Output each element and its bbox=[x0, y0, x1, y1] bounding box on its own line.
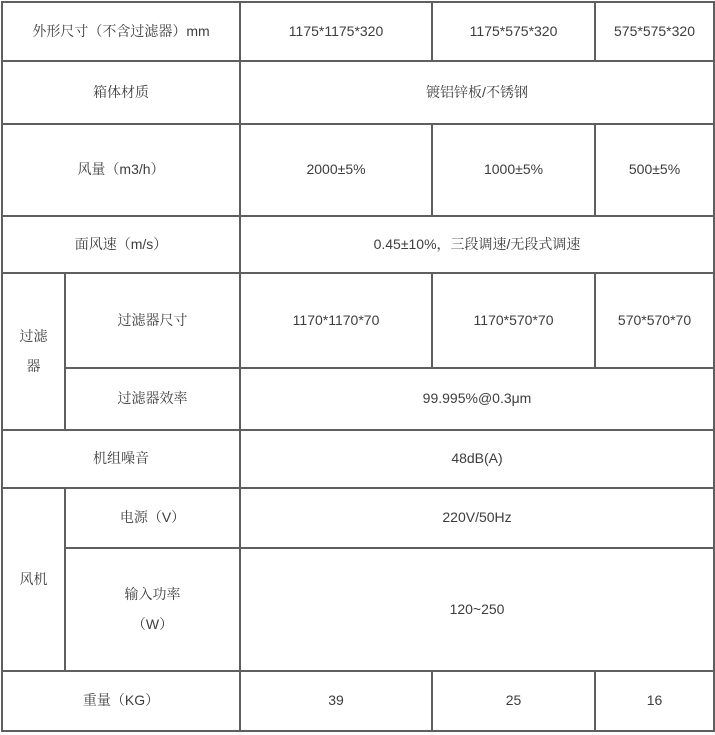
row-weight: 重量（KG） 39 25 16 bbox=[2, 671, 714, 731]
cabinet-material-label: 箱体材质 bbox=[2, 61, 240, 124]
unit-noise-label: 机组噪音 bbox=[2, 430, 240, 488]
outer-dimensions-value-large: 1175*1175*320 bbox=[240, 2, 432, 61]
page: 外形尺寸（不含过滤器）mm 1175*1175*320 1175*575*320… bbox=[0, 0, 715, 735]
power-supply-label: 电源（V） bbox=[65, 488, 240, 548]
row-filter-efficiency: 过滤器效率 99.995%@0.3μm bbox=[2, 368, 714, 430]
row-power-supply: 风机 电源（V） 220V/50Hz bbox=[2, 488, 714, 548]
filter-efficiency-value: 99.995%@0.3μm bbox=[240, 368, 714, 430]
row-air-volume: 风量（m3/h） 2000±5% 1000±5% 500±5% bbox=[2, 124, 714, 216]
weight-value-small: 16 bbox=[595, 671, 714, 731]
row-cabinet-material: 箱体材质 镀铝锌板/不锈钢 bbox=[2, 61, 714, 124]
outer-dimensions-label: 外形尺寸（不含过滤器）mm bbox=[2, 2, 240, 61]
fan-group-label: 风机 bbox=[2, 488, 65, 671]
face-velocity-label: 面风速（m/s） bbox=[2, 216, 240, 273]
input-power-label: 输入功率 （W） bbox=[65, 548, 240, 671]
row-face-velocity: 面风速（m/s） 0.45±10%，三段调速/无段式调速 bbox=[2, 216, 714, 273]
row-unit-noise: 机组噪音 48dB(A) bbox=[2, 430, 714, 488]
row-input-power: 输入功率 （W） 120~250 bbox=[2, 548, 714, 671]
filter-size-value-small: 570*570*70 bbox=[595, 273, 714, 368]
filter-size-value-medium: 1170*570*70 bbox=[432, 273, 595, 368]
air-volume-label: 风量（m3/h） bbox=[2, 124, 240, 216]
unit-noise-value: 48dB(A) bbox=[240, 430, 714, 488]
air-volume-value-small: 500±5% bbox=[595, 124, 714, 216]
filter-size-value-large: 1170*1170*70 bbox=[240, 273, 432, 368]
row-outer-dimensions: 外形尺寸（不含过滤器）mm 1175*1175*320 1175*575*320… bbox=[2, 2, 714, 61]
filter-size-label: 过滤器尺寸 bbox=[65, 273, 240, 368]
weight-value-large: 39 bbox=[240, 671, 432, 731]
input-power-value: 120~250 bbox=[240, 548, 714, 671]
weight-label: 重量（KG） bbox=[2, 671, 240, 731]
air-volume-value-large: 2000±5% bbox=[240, 124, 432, 216]
outer-dimensions-value-small: 575*575*320 bbox=[595, 2, 714, 61]
power-supply-value: 220V/50Hz bbox=[240, 488, 714, 548]
cabinet-material-value: 镀铝锌板/不锈钢 bbox=[240, 61, 714, 124]
weight-value-medium: 25 bbox=[432, 671, 595, 731]
filter-efficiency-label: 过滤器效率 bbox=[65, 368, 240, 430]
filter-group-label: 过滤 器 bbox=[2, 273, 65, 430]
air-volume-value-medium: 1000±5% bbox=[432, 124, 595, 216]
spec-table: 外形尺寸（不含过滤器）mm 1175*1175*320 1175*575*320… bbox=[1, 1, 715, 732]
row-filter-size: 过滤 器 过滤器尺寸 1170*1170*70 1170*570*70 570*… bbox=[2, 273, 714, 368]
face-velocity-value: 0.45±10%，三段调速/无段式调速 bbox=[240, 216, 714, 273]
outer-dimensions-value-medium: 1175*575*320 bbox=[432, 2, 595, 61]
